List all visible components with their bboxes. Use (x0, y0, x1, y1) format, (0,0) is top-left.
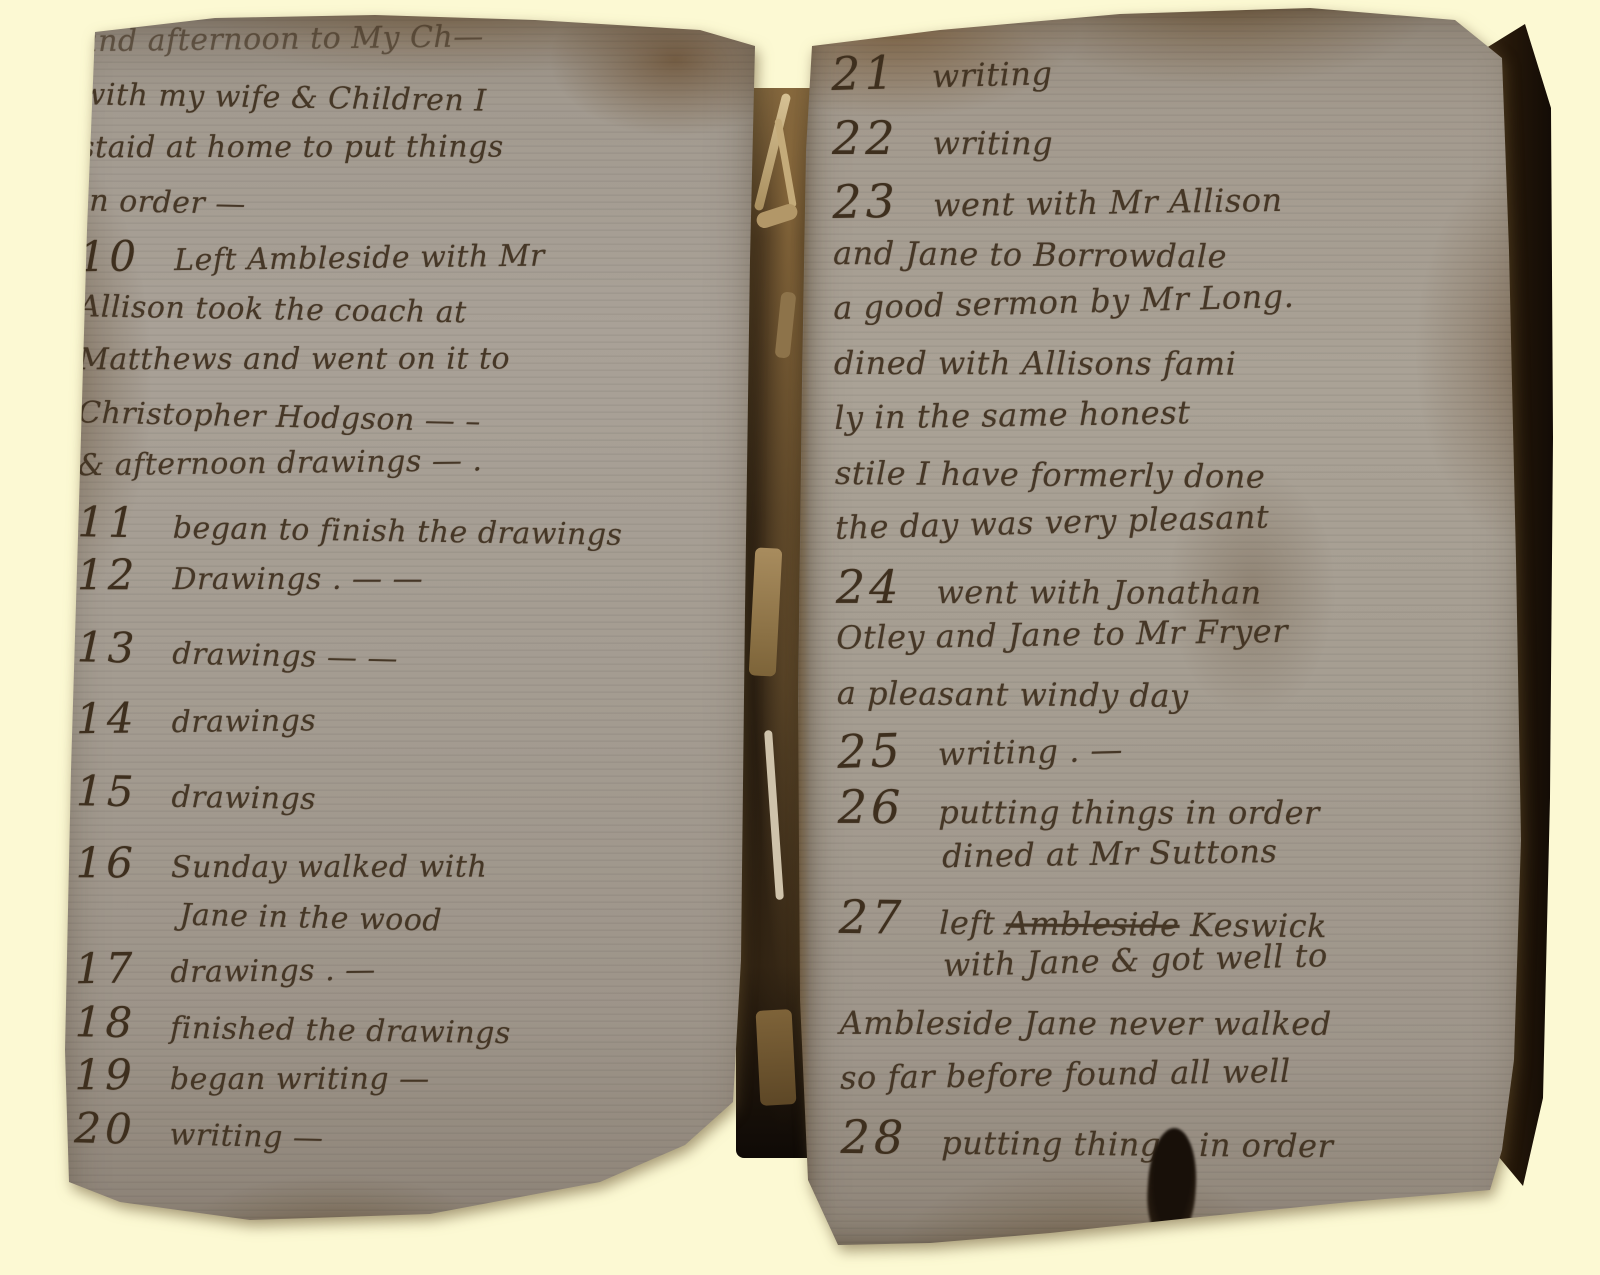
diary-line: 19 began writing — (74, 1053, 734, 1107)
diary-line-text: dined at Mr Suttons (942, 832, 1278, 875)
diary-line-text: went with Jonathan (936, 573, 1261, 612)
diary-line-text: so far before found all well (840, 1052, 1291, 1097)
day-number: 12 (77, 554, 139, 596)
day-number: 26 (838, 784, 905, 830)
diary-line-text: putting things, in order (941, 1124, 1333, 1165)
left-page-text: and afternoon to My Ch— with my wife & C… (74, 24, 740, 1163)
diary-line-text: stile I have formerly done (835, 454, 1266, 496)
diary-line-text: in order — (79, 183, 246, 222)
day-number: 21 (831, 49, 899, 97)
diary-line-text: Ambleside Jane never walked (840, 1004, 1332, 1043)
day-number: 18 (74, 1001, 136, 1044)
diary-line-text: Christopher Hodgson — – (78, 395, 482, 439)
diary-line-text: and Jane to Borrowdale (833, 234, 1227, 275)
diary-line: & afternoon drawings — . (77, 440, 738, 501)
diary-line-text: Drawings . — — (172, 562, 423, 597)
diary-line: 10 Left Ambleside with Mr (78, 228, 739, 289)
day-number: 22 (832, 115, 899, 161)
diary-photo: and afternoon to My Ch— with my wife & C… (0, 0, 1600, 1275)
day-number: 19 (74, 1054, 136, 1096)
day-number: 24 (836, 564, 903, 610)
diary-line-text: drawings . — (170, 953, 376, 991)
diary-line-text: writing (931, 54, 1053, 95)
diary-line-text: a pleasant windy day (837, 674, 1189, 715)
day-number: 15 (76, 770, 138, 813)
diary-line-text: Jane in the wood (179, 898, 442, 939)
diary-line-text: Matthews and went on it to (78, 342, 510, 378)
diary-line: ly in the same honest (834, 388, 1507, 454)
right-page: 21 writing 22 writing 23 went with Mr Al… (790, 0, 1535, 1255)
diary-line-text: staid at home to put things (79, 130, 503, 166)
diary-line: dined at Mr Suttons (838, 828, 1511, 894)
diary-line: Otley and Jane to Mr Fryer (836, 608, 1509, 674)
diary-line-text: finished the drawings (170, 1011, 511, 1051)
diary-line-text: ly in the same honest (834, 393, 1191, 437)
diary-line-text: went with Mr Allison (933, 181, 1283, 224)
diary-line: and afternoon to My Ch— (80, 16, 741, 77)
diary-line-text: Left Ambleside with Mr (174, 239, 545, 279)
diary-line: so far before found all well (840, 1048, 1513, 1114)
day-number: 27 (839, 894, 906, 941)
diary-line-text: Otley and Jane to Mr Fryer (836, 612, 1288, 657)
right-page-text: 21 writing 22 writing 23 went with Mr Al… (831, 45, 1513, 1169)
diary-line: 17 drawings . — (75, 940, 736, 1001)
day-number: 20 (74, 1107, 136, 1150)
diary-line-text: drawings — — (172, 636, 398, 676)
day-number: 16 (76, 842, 138, 884)
day-number: 23 (832, 178, 899, 225)
binding-leather-chunk (756, 1009, 797, 1106)
diary-line-text: writing — (169, 1117, 324, 1155)
diary-line-text: & afternoon drawings — . (77, 443, 482, 483)
diary-line: 12 Drawings . — — (77, 553, 737, 626)
diary-line-text: began to finish the drawings (173, 511, 623, 553)
diary-line-text: Allison took the coach at (78, 289, 467, 330)
diary-line-text: began writing — (170, 1062, 430, 1097)
diary-line: 16 Sunday walked with (76, 841, 736, 895)
right-page-paper: 21 writing 22 writing 23 went with Mr Al… (790, 0, 1535, 1255)
diary-line: 14 drawings (76, 690, 737, 770)
diary-line: Matthews and went on it to (78, 341, 738, 395)
diary-line-text: writing . — (937, 730, 1123, 773)
day-number: 14 (76, 698, 138, 741)
struck-word: Ambleside (1006, 904, 1180, 944)
day-number: 28 (840, 1114, 907, 1161)
diary-line-text: and afternoon to My Ch— (80, 19, 484, 59)
diary-line-text: Sunday walked with (171, 850, 487, 886)
left-page-paper: and afternoon to My Ch— with my wife & C… (55, 10, 760, 1240)
diary-line-text: dined with Allisons fami (834, 344, 1236, 383)
diary-line-text: drawings (171, 703, 316, 740)
diary-line: 15 drawings (75, 770, 736, 852)
diary-line: 23 went with Mr Allison (832, 168, 1505, 234)
diary-line-text: writing (932, 124, 1053, 162)
day-number: 10 (78, 236, 140, 279)
diary-line: staid at home to put things (79, 129, 739, 183)
day-number: 25 (837, 727, 905, 775)
day-number: 17 (75, 948, 137, 991)
day-number: 11 (77, 501, 139, 544)
left-page: and afternoon to My Ch— with my wife & C… (55, 10, 760, 1240)
diary-line: 21 writing (831, 33, 1504, 115)
diary-line-text: putting things in order (938, 793, 1320, 832)
diary-line-text: drawings (171, 780, 316, 817)
day-number: 13 (77, 626, 139, 669)
diary-line: 20 writing — (74, 1107, 735, 1175)
diary-line-text: with my wife & Children I (79, 77, 486, 118)
